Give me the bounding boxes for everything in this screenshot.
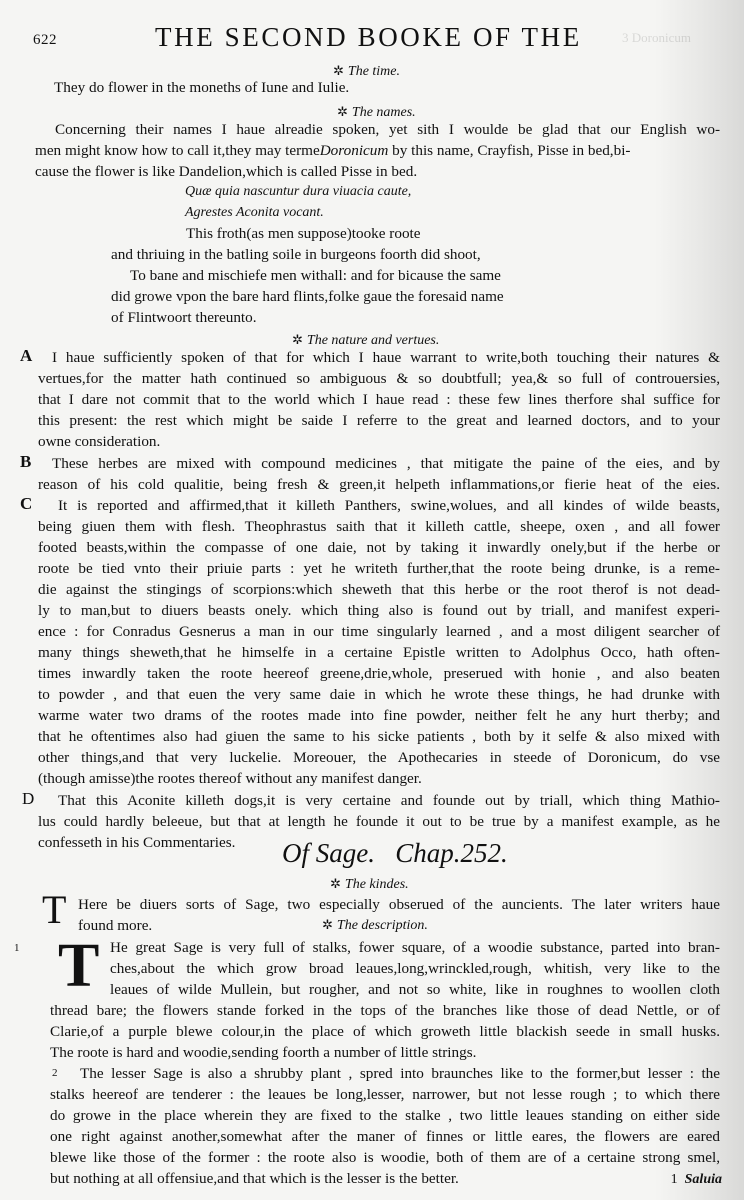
para-c-line-1: It is reported and affirmed,that it kill… xyxy=(58,498,720,513)
heading-text: The description. xyxy=(337,918,428,933)
desc2-line-3: do growe in the place wherein they are f… xyxy=(50,1108,720,1123)
section-heading-description: ✲The description. xyxy=(322,917,428,934)
desc-line-3: leaues of wilde Mullein, but rougher, an… xyxy=(110,982,720,997)
para-b-line-2: reason of his cold qualitie, being fresh… xyxy=(38,477,720,492)
desc2-line-1: The lesser Sage is also a shrubby plant … xyxy=(80,1066,720,1081)
para-c-line-8: many things sheweth,that he himselfe in … xyxy=(38,645,720,660)
para-c-line-12: that he oftentimes also had giuen the sa… xyxy=(38,729,720,744)
para-a-line-1: I haue sufficiently spoken of that for w… xyxy=(52,350,720,365)
para-b-line-1: These herbes are mixed with compound med… xyxy=(52,456,720,471)
para-c-line-6: ly to man,but to diuers beasts onely. wh… xyxy=(38,603,720,618)
english-verse-4: did growe vpon the bare hard flints,folk… xyxy=(111,289,504,304)
para-d-line-1: That this Aconite killeth dogs,it is ver… xyxy=(58,793,720,808)
desc-line-1: He great Sage is very full of stalks, fo… xyxy=(110,940,720,955)
running-title: THE SECOND BOOKE OF THE xyxy=(155,22,582,53)
para-c-line-11: warme water two drams of the rootes made… xyxy=(38,708,720,723)
para-c-line-14: (though amisse)the rootes thereof withou… xyxy=(38,771,422,786)
chapter-name: Of Sage. xyxy=(282,838,375,868)
names-line-1: Concerning their names I haue alreadie s… xyxy=(55,122,720,137)
page-number: 622 xyxy=(33,32,57,49)
english-verse-1: This froth(as men suppose)tooke roote xyxy=(186,226,421,241)
desc-line-2: ches,about the which grow broad leaues,l… xyxy=(110,961,720,976)
names-text: by this name, Crayfish, Pisse in bed,bi- xyxy=(392,142,630,159)
latin-verse-1: Quæ quia nascuntur dura viuacia caute, xyxy=(185,185,411,199)
desc2-line-6: but nothing at all offensiue,and that wh… xyxy=(50,1171,459,1186)
asterism-icon: ✲ xyxy=(292,332,303,347)
para-c-line-7: ence : for Conradus Gesnerus a man in ou… xyxy=(38,624,720,639)
english-verse-5: of Flintwoort thereunto. xyxy=(111,310,257,325)
names-text: men might know how to call it,they may t… xyxy=(35,142,320,159)
para-d-line-3: confesseth in his Commentaries. xyxy=(38,835,235,850)
para-c-line-3: footed beasts,within the compasse of one… xyxy=(38,540,720,555)
dropcap-description: T xyxy=(58,935,99,997)
item-marker-1: 1 xyxy=(14,943,20,954)
catchword-text: Saluia xyxy=(685,1172,722,1187)
paragraph-marker-c: C xyxy=(20,494,32,514)
para-c-line-10: to powder , and that euen the very same … xyxy=(38,687,720,702)
asterism-icon: ✲ xyxy=(322,917,333,932)
kindes-line-2: found more. xyxy=(78,918,152,933)
desc-line-6: The roote is hard and woodie,sending foo… xyxy=(50,1045,476,1060)
para-a-line-2: vertues,for the matter hath continued so… xyxy=(38,371,720,386)
heading-text: The names. xyxy=(352,105,416,120)
desc-line-5: Clarie,of a purple blewe colour,in the p… xyxy=(50,1024,720,1039)
heading-text: The time. xyxy=(348,64,400,79)
desc2-line-5: blewe like those of the former : the roo… xyxy=(50,1150,720,1165)
item-marker-2: 2 xyxy=(52,1068,58,1079)
para-c-line-13: other things,and that very luckelie. Mor… xyxy=(38,750,720,765)
para-a-line-3: that I dare not commit that to the world… xyxy=(38,392,720,407)
dropcap-kindes: T xyxy=(42,890,66,930)
para-c-line-5: die against the stingings of scorpions:w… xyxy=(38,582,720,597)
paragraph-marker-d: D xyxy=(22,789,34,809)
catchword: 1 Saluia xyxy=(671,1172,722,1188)
names-line-3: cause the flower is like Dandelion,which… xyxy=(35,164,417,179)
chapter-number: Chap.252. xyxy=(395,838,508,868)
book-page: 3 Doronicum 622 THE SECOND BOOKE OF THE … xyxy=(0,0,744,1200)
section-heading-time: ✲The time. xyxy=(333,63,400,80)
time-text: They do flower in the moneths of Iune an… xyxy=(54,80,349,95)
section-heading-nature: ✲The nature and vertues. xyxy=(292,332,439,349)
page-header: 622 THE SECOND BOOKE OF THE xyxy=(0,22,744,56)
english-verse-3: To bane and mischiefe men withall: and f… xyxy=(130,268,501,283)
para-a-line-5: owne consideration. xyxy=(38,434,160,449)
latin-term: Doronicum xyxy=(320,142,389,159)
asterism-icon: ✲ xyxy=(333,63,344,78)
para-c-line-9: times inwardly taken the roote heereof g… xyxy=(38,666,720,681)
chapter-title: Of Sage. Chap.252. xyxy=(282,838,508,869)
desc2-line-2: stalks heereof are tenderer : the leaues… xyxy=(50,1087,720,1102)
catchword-number: 1 xyxy=(671,1172,678,1187)
latin-verse-2: Agrestes Aconita vocant. xyxy=(185,206,324,220)
desc2-line-4: one right against another,somewhat after… xyxy=(50,1129,720,1144)
heading-text: The nature and vertues. xyxy=(307,333,439,348)
para-c-line-2: being giuen them with flesh. Theophrastu… xyxy=(38,519,720,534)
section-heading-kindes: ✲The kindes. xyxy=(330,876,409,893)
kindes-line-1: Here be diuers sorts of Sage, two especi… xyxy=(78,897,720,912)
para-a-line-4: this present: the rest which might be sa… xyxy=(38,413,720,428)
heading-text: The kindes. xyxy=(345,877,409,892)
para-d-line-2: lus could hardly beleeue, but that at le… xyxy=(38,814,720,829)
names-line-2: men might know how to call it,they may t… xyxy=(35,143,630,158)
paragraph-marker-b: B xyxy=(20,452,31,472)
section-heading-names: ✲The names. xyxy=(337,104,416,121)
para-c-line-4: roote be tied vnto their priuie parts : … xyxy=(38,561,720,576)
english-verse-2: and thriuing in the batling soile in bur… xyxy=(111,247,481,262)
asterism-icon: ✲ xyxy=(337,104,348,119)
paragraph-marker-a: A xyxy=(20,346,32,366)
asterism-icon: ✲ xyxy=(330,876,341,891)
desc-line-4: thread bare; the flowers stande forked i… xyxy=(50,1003,720,1018)
